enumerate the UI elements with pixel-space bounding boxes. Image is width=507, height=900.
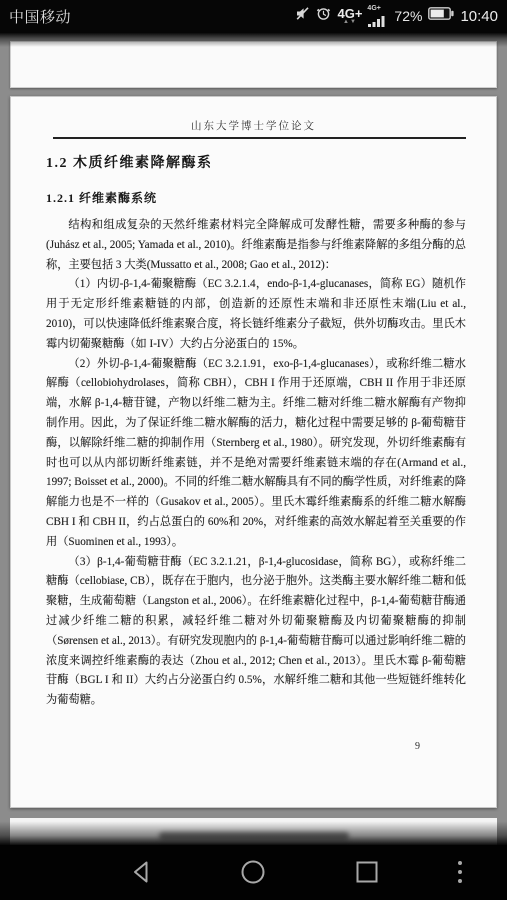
home-button[interactable]	[239, 858, 267, 891]
paragraph: （2）外切-β-1,4-葡聚糖酶（EC 3.2.1.91，exo-β-1,4-g…	[46, 355, 466, 553]
back-button[interactable]	[128, 858, 156, 891]
battery-percent-label: 72%	[394, 8, 422, 24]
android-nav-bar	[0, 845, 507, 900]
page-number: 9	[415, 741, 420, 752]
signal-strength-indicator: 4G+	[368, 5, 388, 27]
pdf-viewer-canvas[interactable]: 山东大学博士学位论文 1.2 木质纤维素降解酶系 1.2.1 纤维素酶系统 结构…	[0, 32, 507, 845]
status-icons: 4G+ ▲▼ 4G+ 72% 10:40	[295, 5, 498, 27]
paragraph: （3）β-1,4-葡萄糖苷酶（EC 3.2.1.21，β-1,4-glucosi…	[46, 553, 466, 711]
battery-icon	[428, 7, 454, 25]
status-bar[interactable]: 中国移动 4G+ ▲▼ 4G+	[0, 0, 507, 32]
carrier-label: 中国移动	[9, 6, 71, 27]
phone-screen: { "status_bar": { "carrier": "中国移动", "ne…	[0, 0, 507, 900]
home-icon	[239, 858, 267, 886]
paragraph: 结构和组成复杂的天然纤维素材料完全降解成可发酵性糖，需要多种酶的参与(Juhás…	[46, 216, 466, 275]
previous-page-fragment[interactable]	[10, 41, 497, 88]
menu-button[interactable]	[456, 858, 464, 891]
recents-button[interactable]	[353, 858, 381, 891]
clock-label: 10:40	[460, 8, 498, 25]
network-4g-small-label: 4G+	[367, 5, 380, 12]
bottom-shadow-artifact	[159, 832, 349, 840]
three-dots-menu-icon	[456, 858, 464, 886]
statusbar-shadow	[0, 32, 507, 47]
back-icon	[128, 858, 156, 886]
section-heading: 1.2 木质纤维素降解酶系	[46, 152, 213, 172]
body-text: 结构和组成复杂的天然纤维素材料完全降解成可发酵性糖，需要多种酶的参与(Juhás…	[46, 216, 466, 711]
header-rule	[53, 137, 466, 139]
signal-bars-icon	[368, 15, 386, 27]
network-type-indicator: 4G+ ▲▼	[337, 7, 362, 25]
paragraph: （1）内切-β-1,4-葡聚糖酶（EC 3.2.1.4，endo-β-1,4-g…	[46, 275, 466, 354]
subsection-heading: 1.2.1 纤维素酶系统	[46, 189, 157, 206]
data-activity-arrows-icon: ▲▼	[343, 19, 357, 25]
alarm-icon	[316, 6, 331, 26]
mute-icon	[295, 6, 310, 26]
running-header: 山东大学博士学位论文	[11, 118, 496, 133]
document-page[interactable]: 山东大学博士学位论文 1.2 木质纤维素降解酶系 1.2.1 纤维素酶系统 结构…	[10, 96, 497, 808]
recents-icon	[353, 858, 381, 886]
